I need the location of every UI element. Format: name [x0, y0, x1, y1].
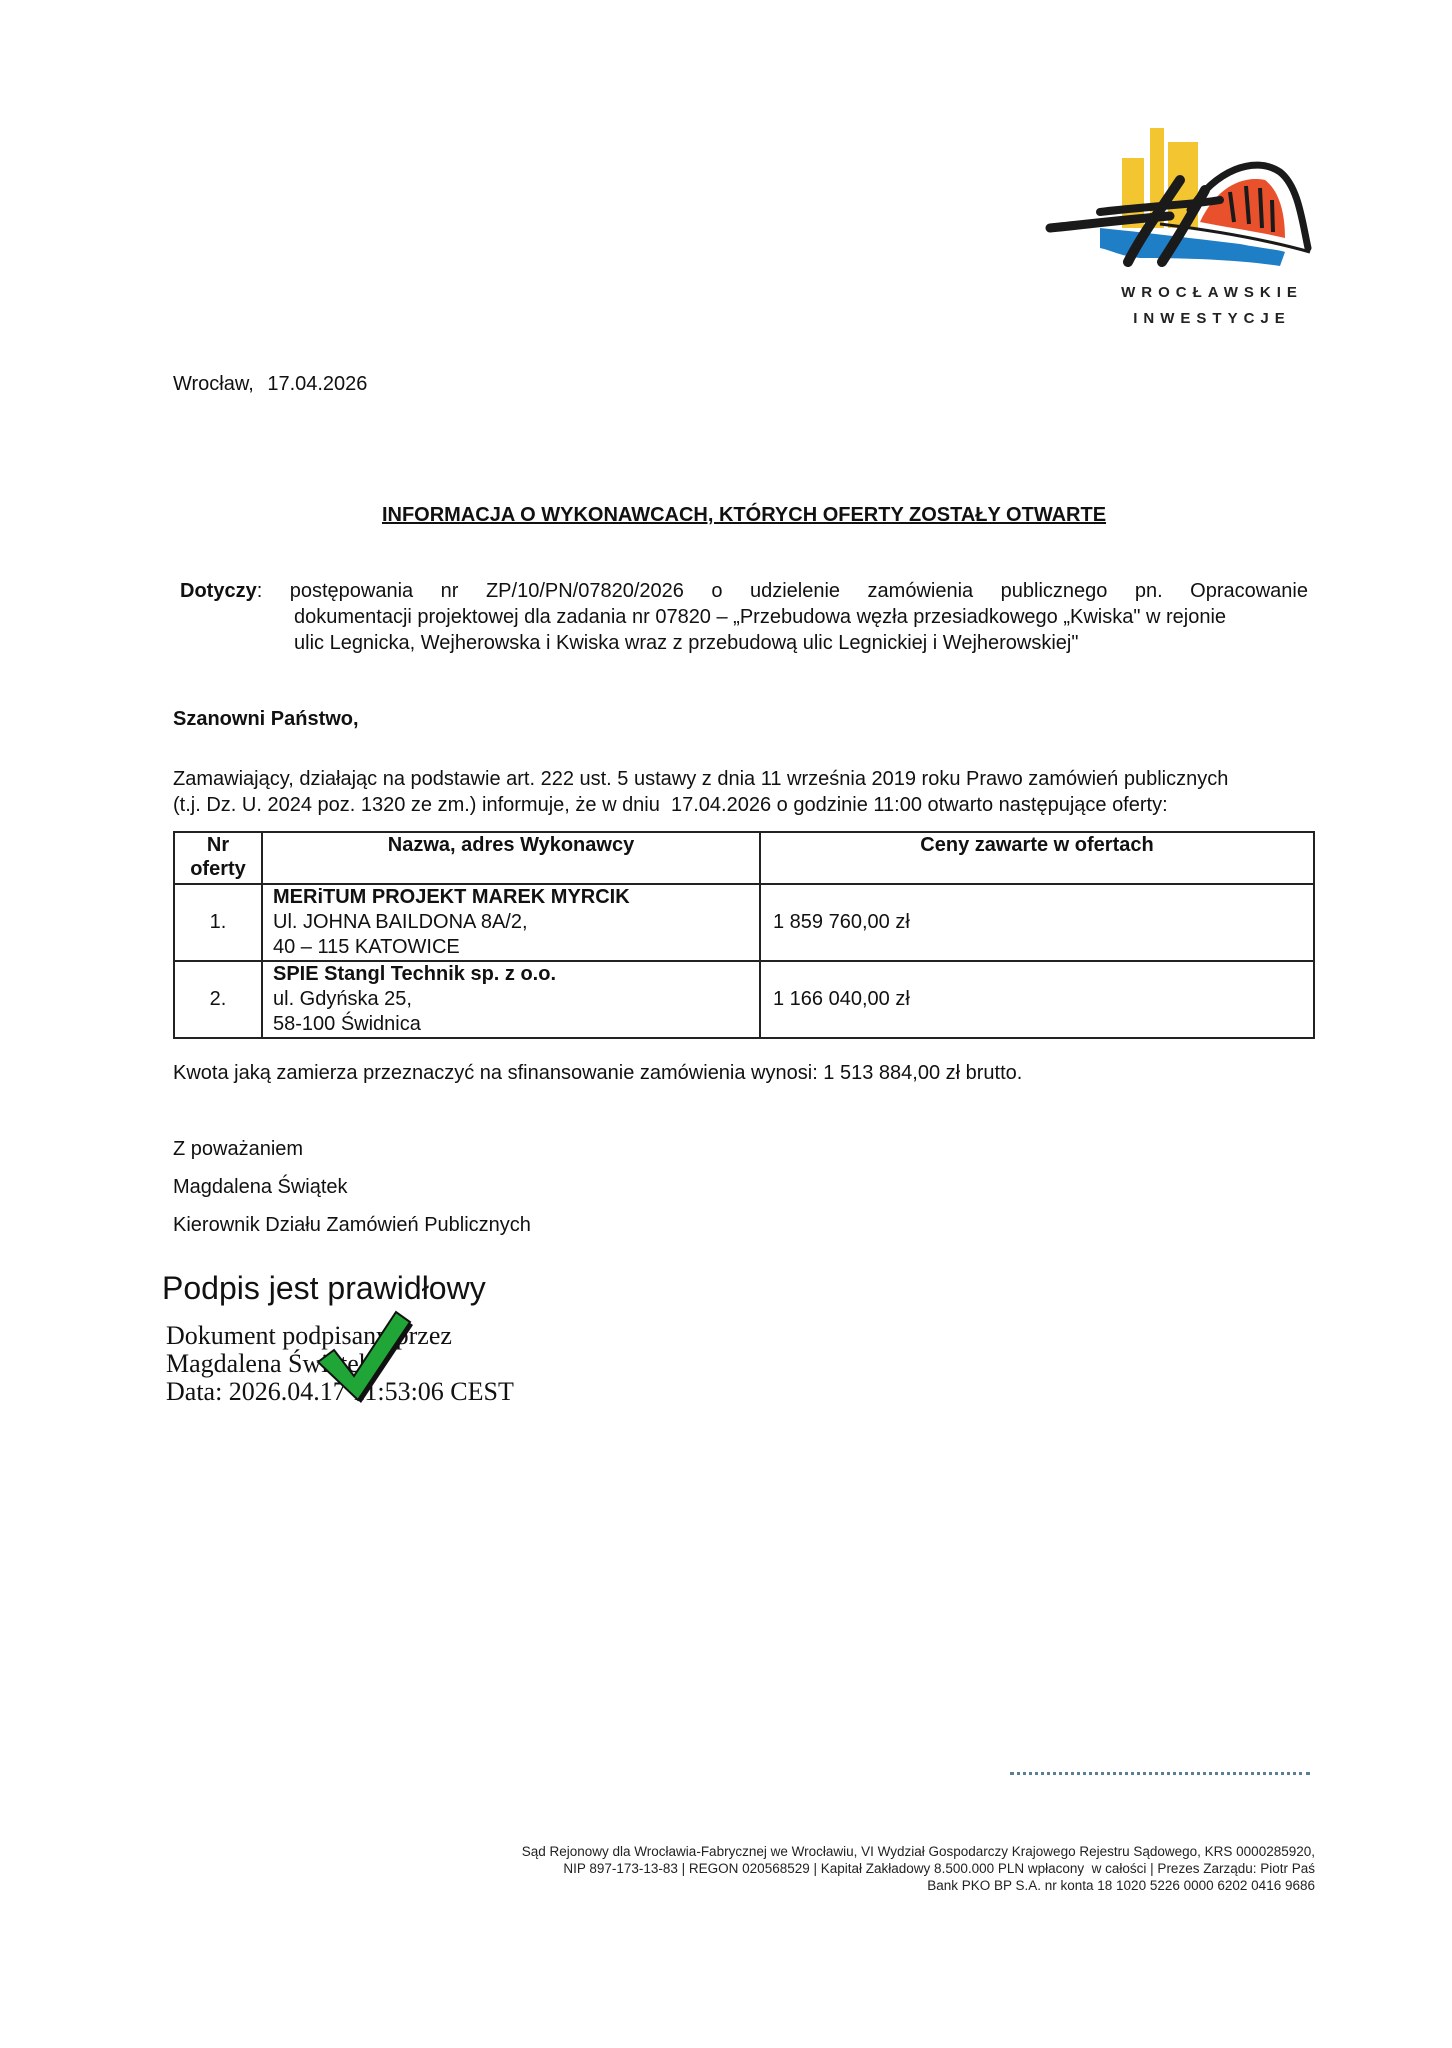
electronic-signature-stamp: Podpis jest prawidłowy Dokument podpisan…: [160, 1270, 580, 1420]
intro-paragraph: Zamawiający, działając na podstawie art.…: [173, 766, 1318, 818]
logo-text-line2: INWESTYCJE: [1102, 310, 1322, 327]
green-checkmark-icon: [310, 1300, 420, 1410]
subject-word: zamówienia: [868, 578, 974, 604]
contractor-cell: SPIE Stangl Technik sp. z o.o. ul. Gdyńs…: [262, 961, 760, 1038]
signatory-position: Kierownik Działu Zamówień Publicznych: [173, 1206, 531, 1244]
subject-line3: ulic Legnicka, Wejherowska i Kwiska wraz…: [180, 630, 1308, 656]
subject-line1: Dotyczy: postępowania nr ZP/10/PN/07820/…: [180, 578, 1308, 604]
offer-number: 2.: [174, 961, 262, 1038]
intro-line2: (t.j. Dz. U. 2024 poz. 1320 ze zm.) info…: [173, 792, 1318, 818]
place-date: Wrocław, 17.04.2026: [173, 373, 375, 396]
contractor-address1: Ul. JOHNA BAILDONA 8A/2,: [273, 910, 759, 935]
footer-dotted-separator: [1010, 1772, 1310, 1775]
subject-word: ZP/10/PN/07820/2026: [486, 578, 684, 604]
offer-price: 1 166 040,00 zł: [760, 961, 1314, 1038]
greeting: Szanowni Państwo,: [173, 708, 359, 731]
intro-line1: Zamawiający, działając na podstawie art.…: [173, 766, 1318, 792]
header-contractor: Nazwa, adres Wykonawcy: [262, 832, 760, 884]
subject-word: publicznego: [1001, 578, 1108, 604]
offer-number: 1.: [174, 884, 262, 961]
footer-line1: Sąd Rejonowy dla Wrocławia-Fabrycznej we…: [400, 1843, 1315, 1860]
company-footer: Sąd Rejonowy dla Wrocławia-Fabrycznej we…: [400, 1843, 1315, 1894]
table-header-row: Nr oferty Nazwa, adres Wykonawcy Ceny za…: [174, 832, 1314, 884]
subject-label-wrap: Dotyczy:: [180, 578, 262, 604]
table-row: 1. MERiTUM PROJEKT MAREK MYRCIK Ul. JOHN…: [174, 884, 1314, 961]
regards: Z poważaniem: [173, 1130, 531, 1168]
subject-label: Dotyczy: [180, 580, 257, 602]
offers-table: Nr oferty Nazwa, adres Wykonawcy Ceny za…: [173, 831, 1315, 1039]
contractor-address2: 40 – 115 KATOWICE: [273, 935, 759, 960]
subject-block: Dotyczy: postępowania nr ZP/10/PN/07820/…: [180, 578, 1308, 656]
contractor-cell: MERiTUM PROJEKT MAREK MYRCIK Ul. JOHNA B…: [262, 884, 760, 961]
subject-word: pn.: [1135, 578, 1163, 604]
subject-word: o: [711, 578, 722, 604]
header-price: Ceny zawarte w ofertach: [760, 832, 1314, 884]
footer-line3: Bank PKO BP S.A. nr konta 18 1020 5226 0…: [400, 1877, 1315, 1894]
subject-line2: dokumentacji projektowej dla zadania nr …: [180, 604, 1308, 630]
company-logo: WROCŁAWSKIE INWESTYCJE: [1040, 120, 1330, 335]
contractor-name: SPIE Stangl Technik sp. z o.o.: [273, 962, 759, 987]
subject-word: postępowania: [290, 578, 413, 604]
closing-block: Z poważaniem Magdalena Świątek Kierownik…: [173, 1130, 531, 1244]
document-date: 17.04.2026: [267, 373, 367, 395]
place: Wrocław,: [173, 373, 254, 395]
logo-text-line1: WROCŁAWSKIE: [1102, 284, 1322, 301]
contractor-name: MERiTUM PROJEKT MAREK MYRCIK: [273, 885, 759, 910]
header-offer-number: Nr oferty: [174, 832, 262, 884]
table-row: 2. SPIE Stangl Technik sp. z o.o. ul. Gd…: [174, 961, 1314, 1038]
budget-statement: Kwota jaką zamierza przeznaczyć na sfina…: [173, 1062, 1022, 1085]
footer-line2: NIP 897-173-13-83 | REGON 020568529 | Ka…: [400, 1860, 1315, 1877]
subject-word: udzielenie: [750, 578, 840, 604]
subject-word: nr: [441, 578, 459, 604]
document-title: INFORMACJA O WYKONAWCACH, KTÓRYCH OFERTY…: [173, 504, 1315, 527]
wroclawskie-inwestycje-logo-icon: [1040, 120, 1330, 280]
offer-price: 1 859 760,00 zł: [760, 884, 1314, 961]
signatory-name: Magdalena Świątek: [173, 1168, 531, 1206]
header-oferty: oferty: [175, 857, 261, 881]
contractor-address2: 58-100 Świdnica: [273, 1012, 759, 1037]
subject-word: Opracowanie: [1190, 578, 1308, 604]
header-nr: Nr: [175, 833, 261, 857]
contractor-address1: ul. Gdyńska 25,: [273, 987, 759, 1012]
